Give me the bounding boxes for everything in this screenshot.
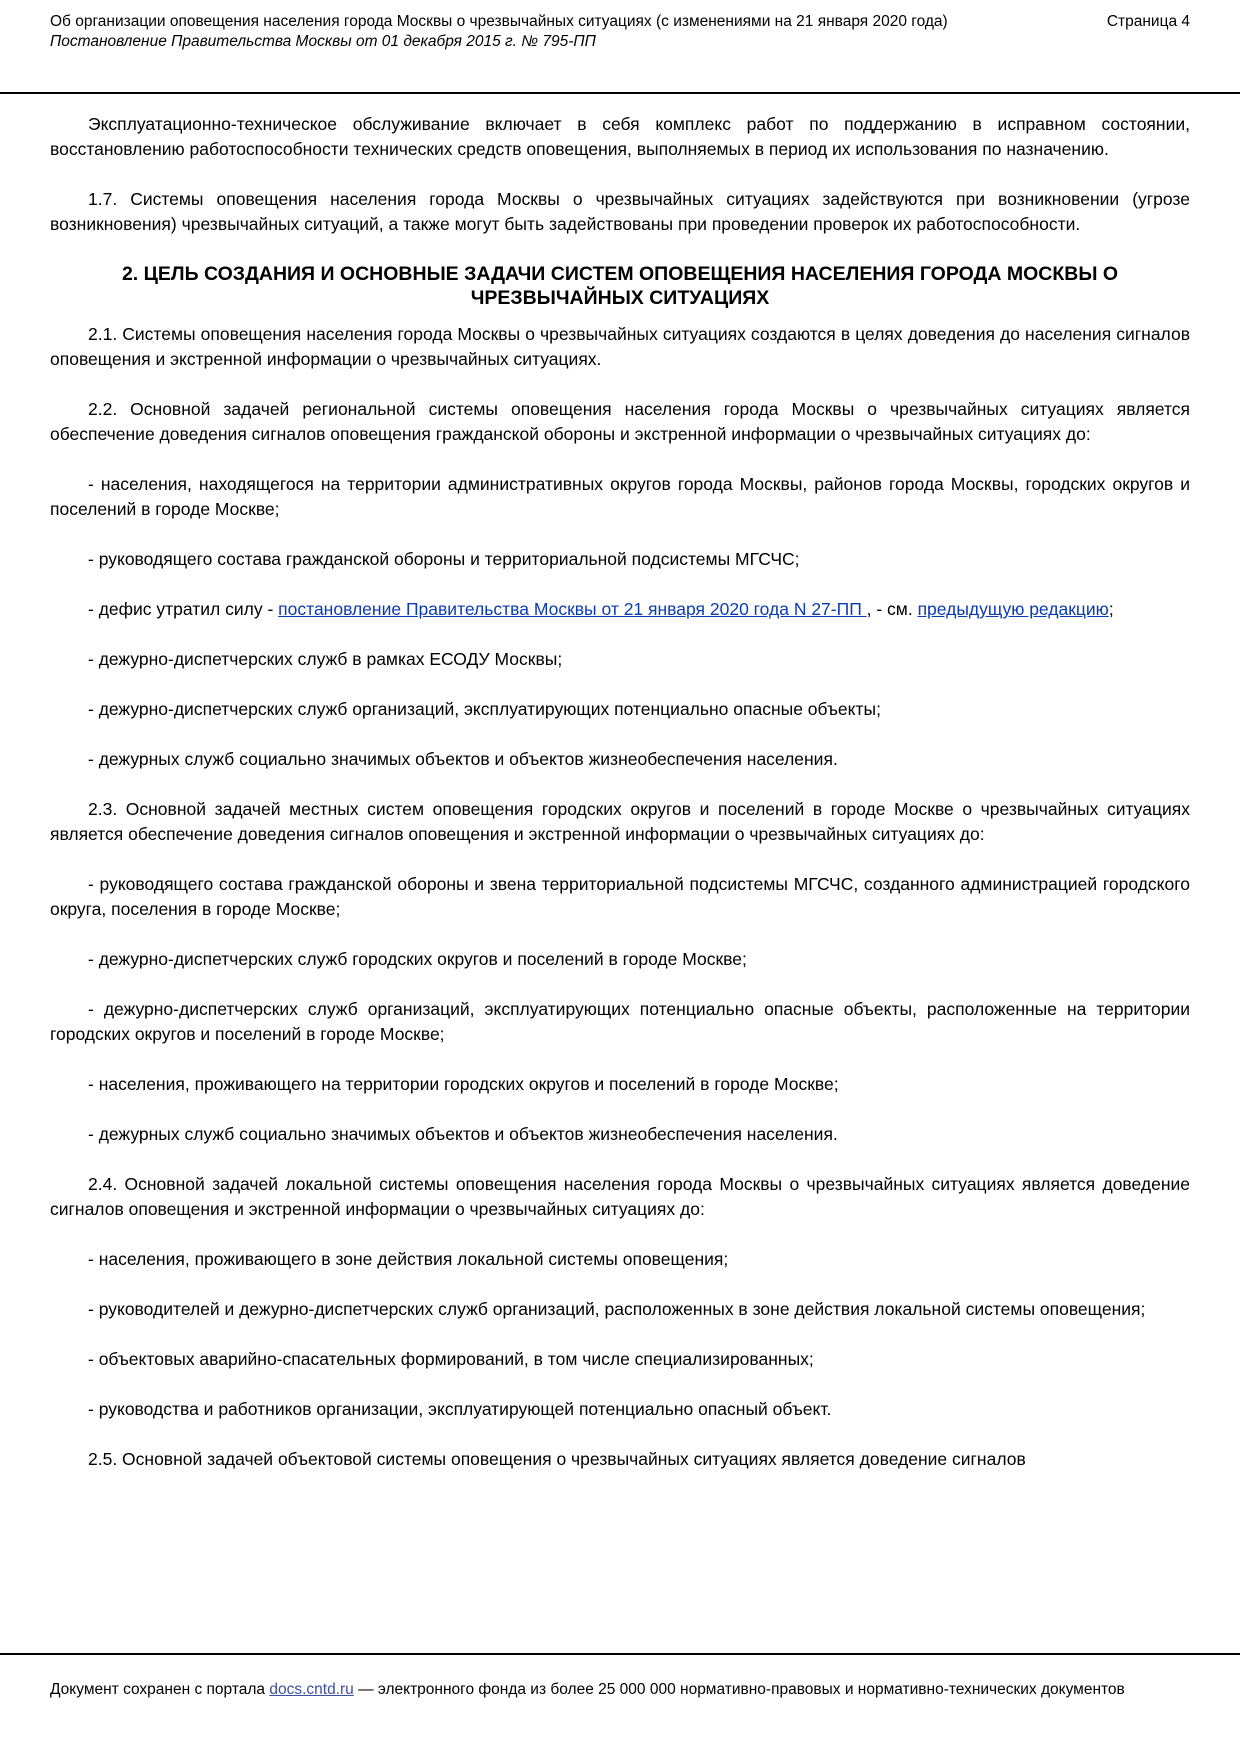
paragraph: - дежурно-диспетчерских служб организаци… [50, 697, 1190, 722]
paragraph: - объектовых аварийно-спасательных форми… [50, 1347, 1190, 1372]
text: - дефис утратил силу - [88, 599, 278, 619]
previous-edition-link[interactable]: предыдущую редакцию [918, 599, 1109, 619]
page-number: Страница 4 [1107, 12, 1190, 32]
text: , - см. [867, 599, 918, 619]
paragraph: 2.2. Основной задачей региональной систе… [50, 397, 1190, 447]
paragraph: - дежурно-диспетчерских служб городских … [50, 947, 1190, 972]
paragraph: 2.4. Основной задачей локальной системы … [50, 1172, 1190, 1222]
paragraph: - дежурных служб социально значимых объе… [50, 1122, 1190, 1147]
paragraph-repealed: - дефис утратил силу - постановление Пра… [50, 597, 1190, 622]
paragraph: - руководящего состава гражданской оборо… [50, 872, 1190, 922]
paragraph: Эксплуатационно-техническое обслуживание… [50, 112, 1190, 162]
paragraph: - населения, проживающего в зоне действи… [50, 1247, 1190, 1272]
paragraph: - населения, проживающего на территории … [50, 1072, 1190, 1097]
paragraph: 2.1. Системы оповещения населения города… [50, 322, 1190, 372]
footer-text: Документ сохранен с портала [50, 1681, 269, 1698]
paragraph: - дежурно-диспетчерских служб организаци… [50, 997, 1190, 1047]
decree-link[interactable]: постановление Правительства Москвы от 21… [278, 599, 866, 619]
paragraph: 2.5. Основной задачей объектовой системы… [50, 1447, 1190, 1472]
section-heading: 2. ЦЕЛЬ СОЗДАНИЯ И ОСНОВНЫЕ ЗАДАЧИ СИСТЕ… [50, 262, 1190, 310]
paragraph: - руководителей и дежурно-диспетчерских … [50, 1297, 1190, 1322]
paragraph: - дежурных служб социально значимых объе… [50, 747, 1190, 772]
page-header: Об организации оповещения населения горо… [50, 12, 1190, 52]
document-title: Об организации оповещения населения горо… [50, 12, 1010, 32]
header-divider [0, 92, 1240, 94]
paragraph: - руководства и работников организации, … [50, 1397, 1190, 1422]
footer-divider [0, 1653, 1240, 1655]
paragraph: 2.3. Основной задачей местных систем опо… [50, 797, 1190, 847]
document-subtitle: Постановление Правительства Москвы от 01… [50, 32, 1190, 52]
paragraph: 1.7. Системы оповещения населения города… [50, 187, 1190, 237]
paragraph: - дежурно-диспетчерских служб в рамках Е… [50, 647, 1190, 672]
footer-text: — электронного фонда из более 25 000 000… [354, 1681, 1125, 1698]
paragraph: - населения, находящегося на территории … [50, 472, 1190, 522]
page-footer: Документ сохранен с портала docs.cntd.ru… [50, 1680, 1150, 1700]
portal-link[interactable]: docs.cntd.ru [269, 1681, 353, 1698]
paragraph: - руководящего состава гражданской оборо… [50, 547, 1190, 572]
document-body: Эксплуатационно-техническое обслуживание… [50, 112, 1190, 1497]
text: ; [1109, 599, 1114, 619]
